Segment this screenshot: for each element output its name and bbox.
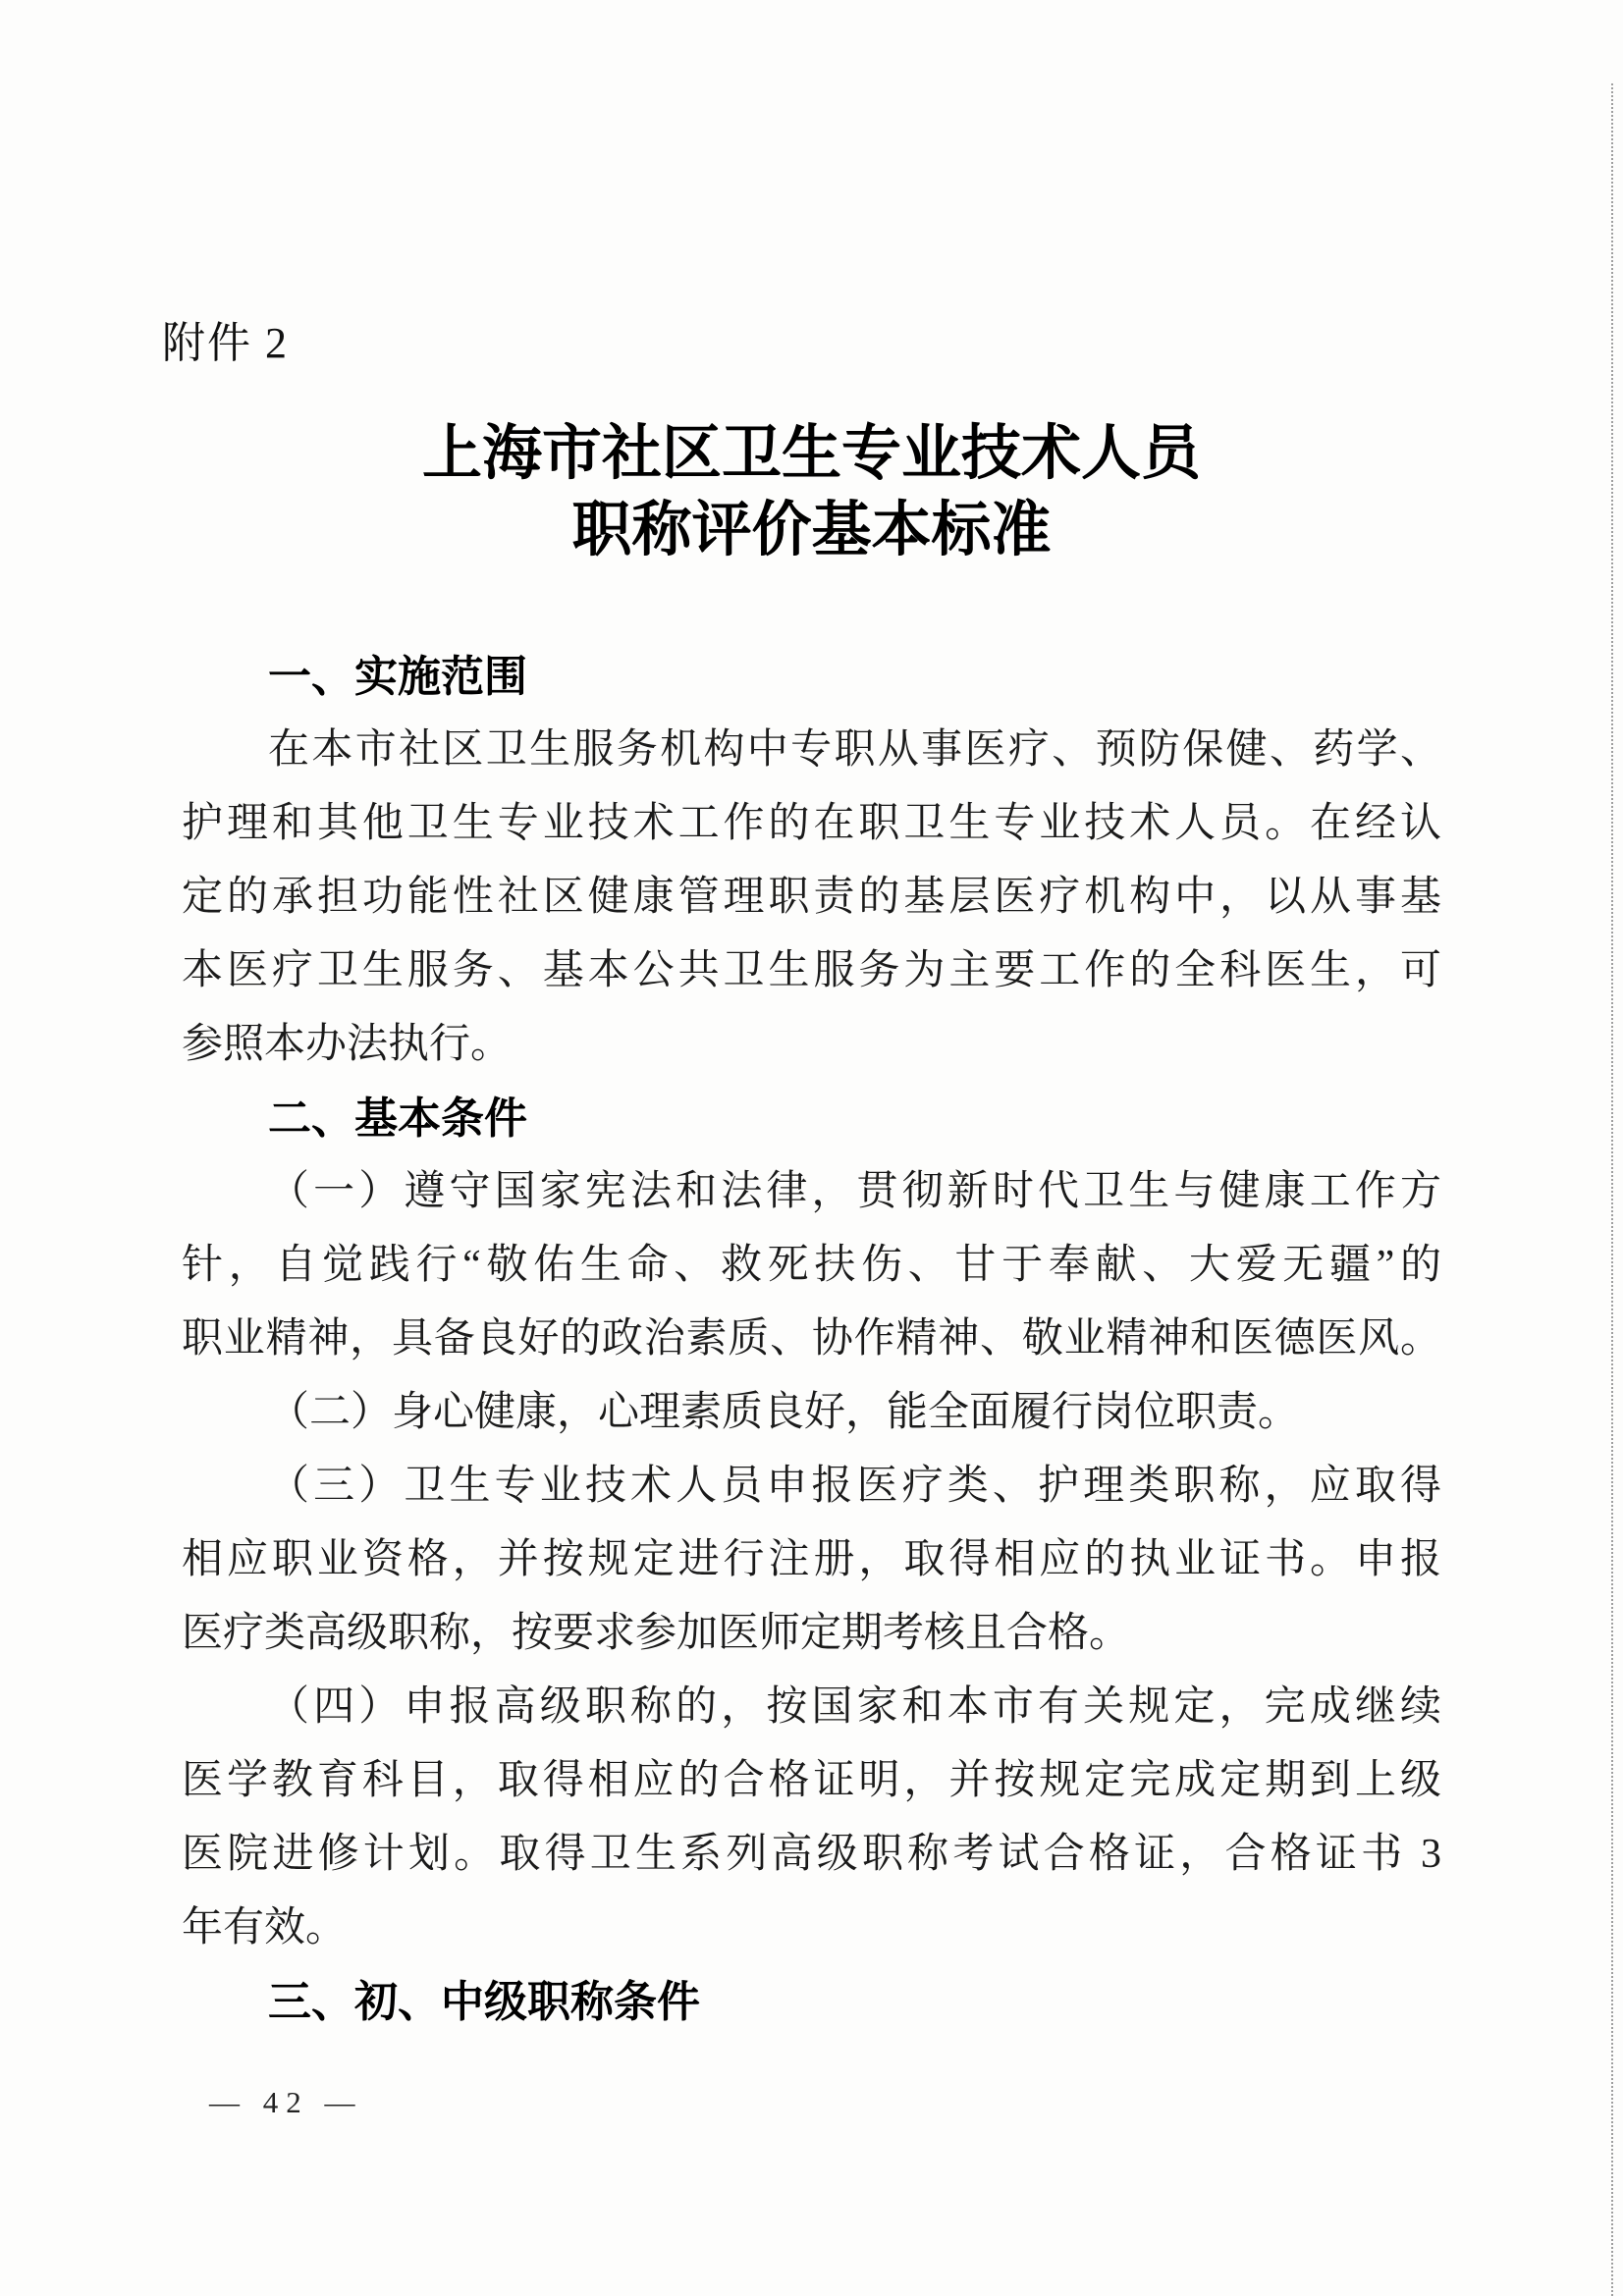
- section-heading-2: 二、基本条件: [182, 1082, 1441, 1155]
- text-line: （一）遵守国家宪法和法律，贯彻新时代卫生与健康工作方: [182, 1155, 1441, 1229]
- text-line: 职业精神，具备良好的政治素质、协作精神、敬业精神和医德医风。: [182, 1303, 1441, 1376]
- document-body: 一、实施范围 在本市社区卫生服务机构中专职从事医疗、预防保健、药学、 护理和其他…: [182, 640, 1441, 2039]
- text-line: 护理和其他卫生专业技术工作的在职卫生专业技术人员。在经认: [182, 787, 1441, 861]
- scanned-document-page: 附件 2 上海市社区卫生专业技术人员 职称评价基本标准 一、实施范围 在本市社区…: [0, 0, 1623, 2296]
- page-number: — 42 —: [209, 2083, 363, 2122]
- document-title-line1: 上海市社区卫生专业技术人员: [0, 416, 1623, 493]
- text-line: （三）卫生专业技术人员申报医疗类、护理类职称，应取得: [182, 1450, 1441, 1523]
- text-line: 年有效。: [182, 1892, 1441, 1965]
- text-line: 在本市社区卫生服务机构中专职从事医疗、预防保健、药学、: [182, 714, 1441, 787]
- document-title-line2: 职称评价基本标准: [0, 493, 1623, 569]
- text-line: 针，自觉践行“敬佑生命、救死扶伤、甘于奉献、大爱无疆”的: [182, 1229, 1441, 1303]
- section-heading-1: 一、实施范围: [182, 640, 1441, 714]
- text-line: 相应职业资格，并按规定进行注册，取得相应的执业证书。申报: [182, 1523, 1441, 1597]
- text-line: （四）申报高级职称的，按国家和本市有关规定，完成继续: [182, 1671, 1441, 1744]
- text-line: （二）身心健康，心理素质良好，能全面履行岗位职责。: [182, 1376, 1441, 1450]
- section-heading-3: 三、初、中级职称条件: [182, 1965, 1441, 2039]
- document-title: 上海市社区卫生专业技术人员 职称评价基本标准: [0, 416, 1623, 569]
- text-line: 参照本办法执行。: [182, 1008, 1441, 1082]
- text-line: 医学教育科目，取得相应的合格证明，并按规定完成定期到上级: [182, 1744, 1441, 1818]
- text-line: 医院进修计划。取得卫生系列高级职称考试合格证，合格证书 3: [182, 1818, 1441, 1892]
- text-line: 定的承担功能性社区健康管理职责的基层医疗机构中，以从事基: [182, 861, 1441, 934]
- attachment-label: 附件 2: [162, 316, 289, 371]
- text-line: 医疗类高级职称，按要求参加医师定期考核且合格。: [182, 1597, 1441, 1671]
- text-line: 本医疗卫生服务、基本公共卫生服务为主要工作的全科医生，可: [182, 934, 1441, 1008]
